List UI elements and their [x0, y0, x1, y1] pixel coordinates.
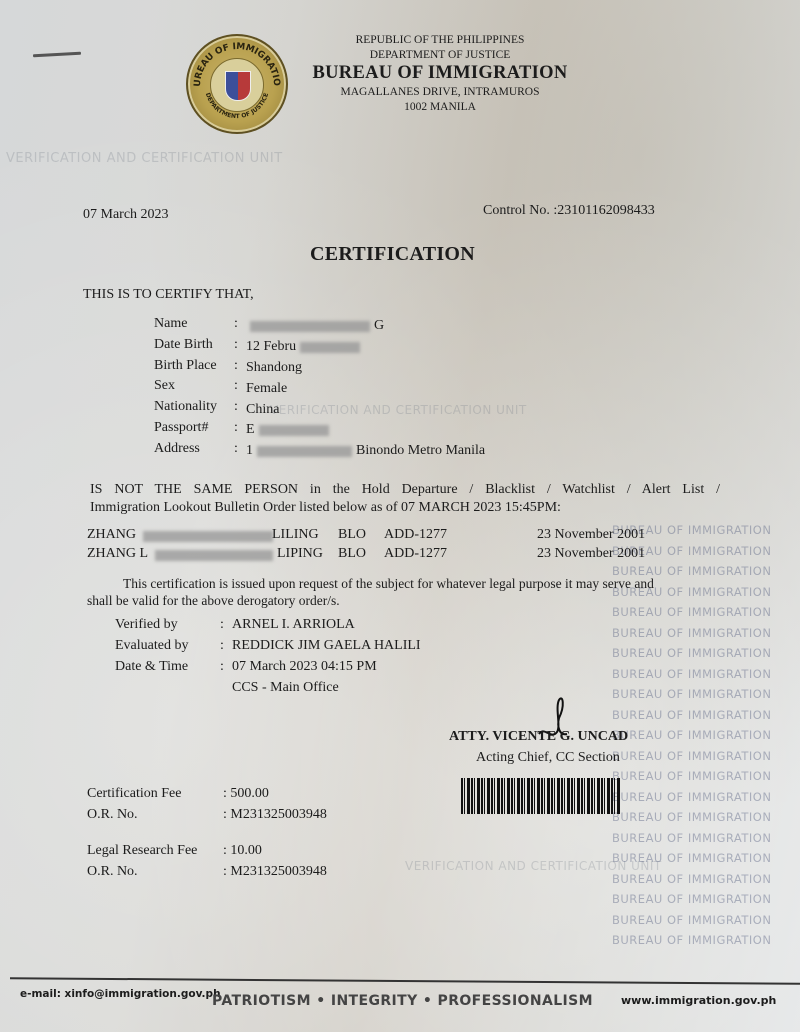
- letterhead-republic: REPUBLIC OF THE PHILIPPINES: [300, 34, 580, 46]
- field-value: Shandong: [246, 358, 302, 379]
- list-name-end: LILING: [272, 527, 319, 543]
- derogatory-list-row: ZHANG LLIPINGBLOADD-127723 November 2001: [87, 546, 687, 565]
- letterhead-agency: BUREAU OF IMMIGRATION: [300, 63, 580, 84]
- field-label: Date Birth: [154, 337, 234, 358]
- letterhead-city: 1002 MANILA: [300, 101, 580, 113]
- field-value: China: [246, 399, 279, 420]
- derogatory-list: ZHANGLILINGBLOADD-127723 November 2001ZH…: [87, 527, 687, 565]
- fee-value: : M231325003948: [223, 807, 327, 828]
- field-value: Female: [246, 378, 287, 399]
- watermark-agency-text: BUREAU OF IMMIGRATION: [612, 643, 782, 664]
- watermark-agency-text: BUREAU OF IMMIGRATION: [612, 684, 782, 705]
- field-value: 1Binondo Metro Manila: [246, 441, 485, 462]
- purpose-line-1: This certification is issued upon reques…: [87, 575, 717, 592]
- office-value: CCS - Main Office: [232, 680, 339, 701]
- watermark-agency-text: BUREAU OF IMMIGRATION: [612, 910, 782, 931]
- evaluated-by-value: REDDICK JIM GAELA HALILI: [232, 638, 421, 659]
- redaction-blur: [143, 531, 273, 542]
- redaction-blur: [300, 342, 360, 353]
- letterhead-address: MAGALLANES DRIVE, INTRAMUROS: [300, 86, 580, 98]
- purpose-paragraph: This certification is issued upon reques…: [87, 575, 717, 609]
- field-value: 12 Febru: [246, 337, 364, 358]
- subject-field-row: Address:1Binondo Metro Manila: [154, 441, 485, 462]
- watermark-agency-text: BUREAU OF IMMIGRATION: [612, 766, 782, 787]
- footer-motto: PATRIOTISM • INTEGRITY • PROFESSIONALISM: [212, 993, 593, 1009]
- list-order: ADD-1277: [384, 546, 447, 562]
- redaction-blur: [257, 446, 352, 457]
- datetime-label: Date & Time: [115, 659, 220, 680]
- watermark-agency-text: BUREAU OF IMMIGRATION: [612, 746, 782, 767]
- fee-value: : 500.00: [223, 786, 269, 807]
- list-date: 23 November 2001: [537, 546, 645, 562]
- watermark-agency-text: BUREAU OF IMMIGRATION: [612, 623, 782, 644]
- field-label: Passport#: [154, 420, 234, 441]
- subject-details: Name:GDate Birth:12 FebruBirth Place:Sha…: [154, 316, 485, 462]
- watermark-agency-text: BUREAU OF IMMIGRATION: [612, 828, 782, 849]
- list-order: ADD-1277: [384, 527, 447, 543]
- certification-statement: IS NOT THE SAME PERSON in the Hold Depar…: [90, 481, 720, 517]
- verification-block: Verified by:ARNEL I. ARRIOLA Evaluated b…: [115, 617, 421, 701]
- purpose-line-2: shall be valid for the above derogatory …: [87, 592, 717, 609]
- statement-line-1: IS NOT THE SAME PERSON in the Hold Depar…: [90, 481, 720, 499]
- staple-mark: [33, 52, 81, 58]
- fee-row: Certification Fee: 500.00: [87, 786, 327, 807]
- field-label: Address: [154, 441, 234, 462]
- watermark-agency-text: BUREAU OF IMMIGRATION: [612, 664, 782, 685]
- subject-field-row: Date Birth:12 Febru: [154, 337, 485, 358]
- field-label: Birth Place: [154, 358, 234, 379]
- barcode-icon: [461, 778, 621, 814]
- document-title: CERTIFICATION: [300, 243, 485, 266]
- list-name-start: ZHANG: [87, 527, 136, 543]
- evaluated-by-label: Evaluated by: [115, 638, 220, 659]
- statement-line-2: Immigration Lookout Bulletin Order liste…: [90, 499, 720, 517]
- subject-field-row: Passport#:E: [154, 420, 485, 441]
- watermark-agency-text: BUREAU OF IMMIGRATION: [612, 725, 782, 746]
- list-type: BLO: [338, 546, 366, 562]
- watermark-unit: VERIFICATION AND CERTIFICATION UNIT: [6, 151, 283, 166]
- subject-field-row: Name:G: [154, 316, 485, 337]
- fee-label: O.R. No.: [87, 864, 223, 885]
- verified-by-value: ARNEL I. ARRIOLA: [232, 617, 355, 638]
- fee-label: Legal Research Fee: [87, 843, 223, 864]
- fees-block: Certification Fee: 500.00O.R. No.: M2313…: [87, 786, 327, 884]
- fee-row: Legal Research Fee: 10.00: [87, 843, 327, 864]
- list-type: BLO: [338, 527, 366, 543]
- watermark-agency-text: BUREAU OF IMMIGRATION: [612, 869, 782, 890]
- signatory-title: Acting Chief, CC Section: [476, 750, 620, 766]
- subject-field-row: Nationality:China: [154, 399, 485, 420]
- signatory-name: ATTY. VICENTE G. UNCAD: [449, 729, 628, 745]
- list-name-start: ZHANG L: [87, 546, 148, 562]
- watermark-agency-text: BUREAU OF IMMIGRATION: [612, 705, 782, 726]
- field-label: Name: [154, 316, 234, 337]
- control-number: Control No. :23101162098433: [483, 203, 655, 219]
- footer-email: e-mail: xinfo@immigration.gov.ph: [20, 988, 221, 1000]
- watermark-agency-text: BUREAU OF IMMIGRATION: [612, 848, 782, 869]
- subject-field-row: Birth Place:Shandong: [154, 358, 485, 379]
- fee-label: Certification Fee: [87, 786, 223, 807]
- footer-website: www.immigration.gov.ph: [621, 994, 776, 1007]
- datetime-value: 07 March 2023 04:15 PM: [232, 659, 377, 680]
- subject-field-row: Sex:Female: [154, 378, 485, 399]
- watermark-agency-text: BUREAU OF IMMIGRATION: [612, 807, 782, 828]
- watermark-agency-text: BUREAU OF IMMIGRATION: [612, 930, 782, 951]
- list-date: 23 November 2001: [537, 527, 645, 543]
- fee-row: O.R. No.: M231325003948: [87, 864, 327, 885]
- redaction-blur: [250, 321, 370, 332]
- verified-by-label: Verified by: [115, 617, 220, 638]
- footer-divider: [10, 977, 800, 985]
- derogatory-list-row: ZHANGLILINGBLOADD-127723 November 2001: [87, 527, 687, 546]
- bureau-seal-icon: BUREAU OF IMMIGRATION DEPARTMENT OF JUST…: [186, 34, 288, 134]
- redaction-blur: [259, 425, 329, 436]
- fee-row: O.R. No.: M231325003948: [87, 807, 327, 828]
- fee-value: : 10.00: [223, 843, 262, 864]
- field-label: Nationality: [154, 399, 234, 420]
- list-name-end: LIPING: [277, 546, 323, 562]
- field-value: G: [246, 316, 384, 337]
- shield-icon: [225, 71, 251, 101]
- letterhead-department: DEPARTMENT OF JUSTICE: [300, 49, 580, 61]
- watermark-agency-text: BUREAU OF IMMIGRATION: [612, 889, 782, 910]
- certify-intro: THIS IS TO CERTIFY THAT,: [83, 287, 254, 303]
- document-date: 07 March 2023: [83, 207, 169, 223]
- fee-value: : M231325003948: [223, 864, 327, 885]
- field-label: Sex: [154, 378, 234, 399]
- field-value: E: [246, 420, 333, 441]
- seal-emblem: [210, 58, 264, 112]
- redaction-blur: [155, 550, 273, 561]
- watermark-agency-text: BUREAU OF IMMIGRATION: [612, 787, 782, 808]
- fee-label: O.R. No.: [87, 807, 223, 828]
